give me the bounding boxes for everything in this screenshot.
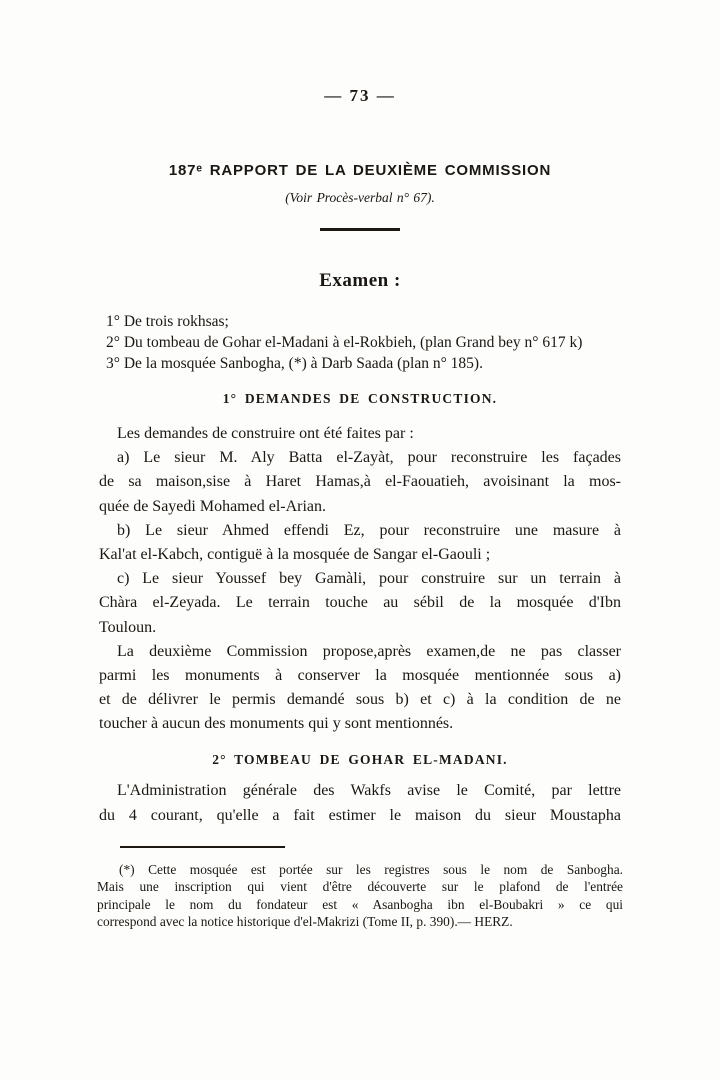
text-line: parmi les monuments à conserver la mosqu… [99, 664, 621, 688]
text-line: Touloun. [99, 616, 621, 640]
text-line: c) Le sieur Youssef bey Gamàli, pour con… [99, 567, 621, 591]
paragraph: (*) Cette mosquée est portée sur les reg… [97, 861, 623, 931]
paragraph: L'Administration générale des Wakfs avis… [99, 779, 621, 827]
footnote-rule [120, 846, 285, 848]
text-line: Mais une inscription qui vient d'être dé… [97, 878, 623, 895]
text-line: La deuxième Commission propose,après exa… [99, 640, 621, 664]
text-line: a) Le sieur M. Aly Batta el-Zayàt, pour … [99, 446, 621, 470]
text-line: du 4 courant, qu'elle a fait estimer le … [99, 804, 621, 828]
text-line: et de délivrer le permis demandé sous b)… [99, 688, 621, 712]
text-line: Les demandes de construire ont été faite… [99, 422, 621, 446]
tombeau-section-body: L'Administration générale des Wakfs avis… [99, 779, 621, 827]
list-item: 1° De trois rokhsas; [106, 311, 720, 332]
list-item: 2° Du tombeau de Gohar el-Madani à el-Ro… [106, 332, 720, 353]
text-line: L'Administration générale des Wakfs avis… [99, 779, 621, 803]
text-line: (*) Cette mosquée est portée sur les reg… [97, 861, 623, 878]
text-line: Chàra el-Zeyada. Le terrain touche au sé… [99, 591, 621, 615]
title-divider-rule [320, 228, 400, 231]
page-number: — 73 — [0, 86, 720, 106]
paragraph: c) Le sieur Youssef bey Gamàli, pour con… [99, 567, 621, 640]
text-line: correspond avec la notice historique d'e… [97, 913, 623, 930]
examen-heading: Examen : [0, 269, 720, 293]
document-page: — 73 — 187ᵉ RAPPORT DE LA DEUXIÈME COMMI… [0, 0, 720, 1079]
report-title: 187ᵉ RAPPORT DE LA DEUXIÈME COMMISSION [0, 162, 720, 180]
footnote-text: (*) Cette mosquée est portée sur les reg… [97, 861, 623, 931]
paragraph: a) Le sieur M. Aly Batta el-Zayàt, pour … [99, 446, 621, 519]
construction-section-heading: 1° DEMANDES DE CONSTRUCTION. [0, 390, 720, 408]
text-line: principale le nom du fondateur est « Asa… [97, 896, 623, 913]
text-line: de sa maison,sise à Haret Hamas,à el-Fao… [99, 470, 621, 494]
tombeau-section-heading: 2° TOMBEAU DE GOHAR EL-MADANI. [0, 751, 720, 769]
text-line: b) Le sieur Ahmed effendi Ez, pour recon… [99, 519, 621, 543]
text-line: Kal'at el-Kabch, contiguë à la mosquée d… [99, 543, 621, 567]
text-line: quée de Sayedi Mohamed el-Arian. [99, 495, 621, 519]
examen-list: 1° De trois rokhsas;2° Du tombeau de Goh… [106, 311, 720, 374]
paragraph: La deuxième Commission propose,après exa… [99, 640, 621, 737]
report-subtitle: (Voir Procès-verbal n° 67). [0, 189, 720, 206]
list-item: 3° De la mosquée Sanbogha, (*) à Darb Sa… [106, 353, 720, 374]
construction-section-body: Les demandes de construire ont été faite… [99, 422, 621, 736]
paragraph: b) Le sieur Ahmed effendi Ez, pour recon… [99, 519, 621, 567]
text-line: toucher à aucun des monuments qui y sont… [99, 712, 621, 736]
paragraph: Les demandes de construire ont été faite… [99, 422, 621, 446]
